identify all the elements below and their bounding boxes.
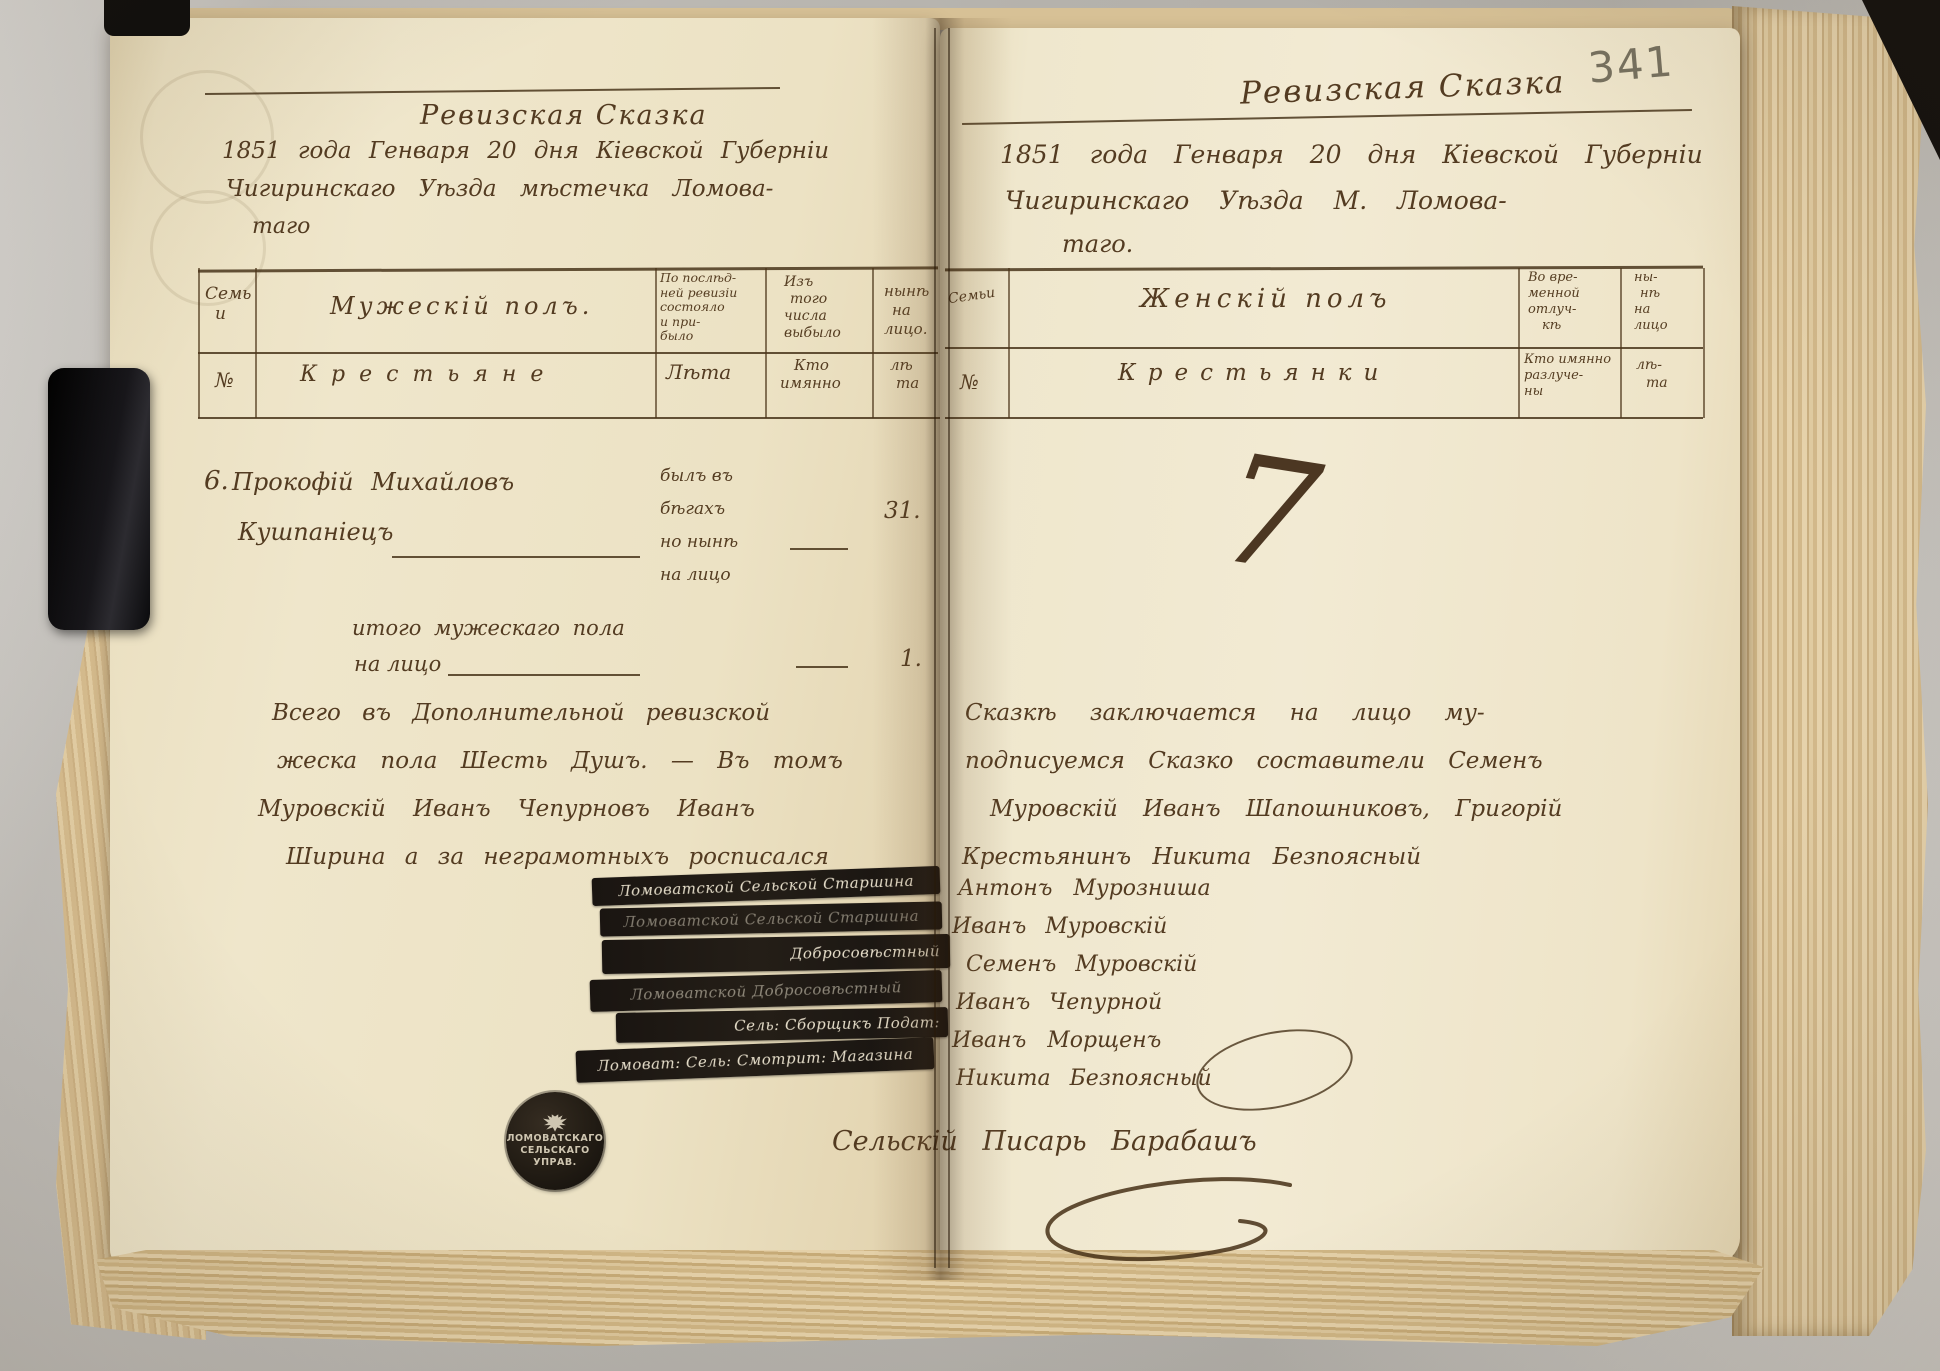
entry-status-note: былъ въ бѣгахъ но нынѣ на лицо: [660, 460, 738, 592]
col-subheader-who: Кто имянно: [780, 356, 841, 392]
table-col-line: [765, 268, 767, 418]
left-heading-place2: таго: [252, 214, 310, 239]
attestation-line3-right: Муровскій Иванъ Шапошниковъ, Григорій: [990, 796, 1562, 822]
col-subheader-number: №: [960, 370, 979, 394]
col-subheader-leta: лѣ- та: [1636, 356, 1668, 392]
round-seal: ЛОМОВАТСКАГО СЕЛЬСКАГО УПРАВ.: [506, 1092, 604, 1190]
binder-clip-top: [104, 0, 190, 36]
col-header-departed: Изъ того числа выбыло: [784, 274, 841, 342]
table-col-line: [655, 268, 657, 418]
col-header-present: ны- нѣ на лицо: [1634, 270, 1668, 334]
signature-line: Иванъ Чепурной: [956, 990, 1162, 1015]
entry-name-dash: [392, 556, 640, 558]
manuscript-photo: Ревизская Сказка 1851 года Генваря 20 дн…: [0, 0, 1940, 1371]
clerk-signature-line: Сельскій Писарь Барабашъ: [832, 1126, 1257, 1157]
seal-text: ЛОМОВАТСКАГО: [507, 1133, 604, 1144]
signature-line: Никита Безпоясный: [956, 1066, 1212, 1091]
attestation-line1-left: Всего въ Дополнительной ревизской: [272, 700, 770, 726]
col-subheader-peasant-women: Крестьянки: [1118, 360, 1390, 386]
col-header-prev-revision: По послѣд- ней ревизіи состояло и при- б…: [660, 271, 737, 344]
col-subheader-leta: лѣ та: [890, 356, 919, 392]
left-heading-date: 1851 года Генваря 20 дня Кіевской Губерн…: [222, 138, 829, 164]
signature-line: Семенъ Муровскій: [966, 952, 1197, 977]
clerk-flourish: [1010, 1175, 1310, 1285]
seal-text: СЕЛЬСКАГО: [520, 1145, 589, 1156]
entry-name-line2: Кушпаніецъ: [238, 518, 393, 546]
attestation-line4-right: Крестьянинъ Никита Безпоясный: [962, 844, 1421, 870]
right-heading-place2: таго.: [1062, 230, 1133, 258]
page-edges-right: [1732, 6, 1928, 1336]
table-header-bottom-rule: [945, 417, 1703, 419]
subtotal-value: 1.: [900, 646, 922, 672]
table-mid-rule: [198, 352, 938, 354]
attestation-line2-right: подписуемся Сказко составители Семенъ: [965, 748, 1543, 774]
gutter-line: [948, 28, 950, 1268]
left-heading-title: Ревизская Сказка: [420, 100, 708, 131]
table-col-line: [1703, 268, 1705, 418]
signature-line: Иванъ Морщенъ: [952, 1028, 1161, 1053]
subtotal-label-line1: итого мужескаго пола: [352, 616, 625, 640]
imperial-eagle-icon: [542, 1114, 568, 1132]
right-heading-date: 1851 года Генваря 20 дня Кіевской Губерн…: [1000, 140, 1703, 169]
col-header-family: Семь и: [205, 284, 251, 324]
col-header-male-sex: Мужескій полъ.: [330, 292, 593, 320]
table-col-line: [198, 268, 200, 418]
col-header-present: нынѣ на лицо.: [884, 282, 929, 339]
entry-name-line1: Прокофій Михайловъ: [232, 468, 514, 496]
subtotal-label-line2: на лицо: [354, 652, 441, 676]
table-col-line: [255, 268, 257, 418]
table-header-bottom-rule: [198, 417, 940, 419]
col-subheader-number: №: [215, 368, 234, 392]
table-col-line: [1008, 268, 1010, 418]
table-col-line: [1620, 268, 1622, 418]
signature-line: Иванъ Муровскій: [952, 914, 1167, 939]
col-header-absence: Во вре- менной отлуч- кѣ: [1528, 270, 1580, 334]
ink-stamp-bar: Добросовѣстный: [602, 934, 951, 974]
left-heading-place: Чигиринскаго Уѣзда мѣстечка Ломова-: [226, 176, 773, 202]
col-subheader-years: Лѣта: [666, 360, 731, 384]
entry-family-number: 6.: [204, 466, 229, 496]
binder-clip-left: [48, 368, 150, 630]
table-mid-rule: [945, 347, 1703, 349]
right-heading-place: Чигиринскаго Уѣзда М. Ломова-: [1005, 186, 1507, 215]
page-edges-bottom: [96, 1250, 1764, 1346]
table-col-line: [1518, 268, 1520, 418]
col-subheader-who: Кто имянно разлуче- ны: [1524, 352, 1611, 400]
gutter-line: [934, 28, 936, 1268]
entry-age: 31.: [884, 498, 921, 524]
table-col-line: [872, 268, 874, 418]
subtotal-dash2: [796, 666, 848, 668]
attestation-line4-left: Ширина а за неграмотныхъ росписался: [286, 844, 829, 870]
pencil-page-number: 341: [1586, 36, 1676, 92]
col-subheader-peasants: Крестьяне: [300, 362, 557, 387]
col-header-female-sex: Женскій полъ: [1140, 284, 1391, 314]
attestation-line2-left: жеска пола Шесть Душъ. — Въ томъ: [277, 748, 843, 774]
subtotal-dash: [448, 674, 640, 676]
attestation-line1-right: Сказкѣ заключается на лицо му-: [965, 700, 1485, 726]
seal-text: УПРАВ.: [533, 1157, 576, 1168]
attestation-line3-left: Муровскій Иванъ Чепурновъ Иванъ: [258, 796, 755, 822]
signature-line: Антонъ Мурозниша: [958, 876, 1211, 901]
entry-departed-dash: [790, 548, 848, 550]
